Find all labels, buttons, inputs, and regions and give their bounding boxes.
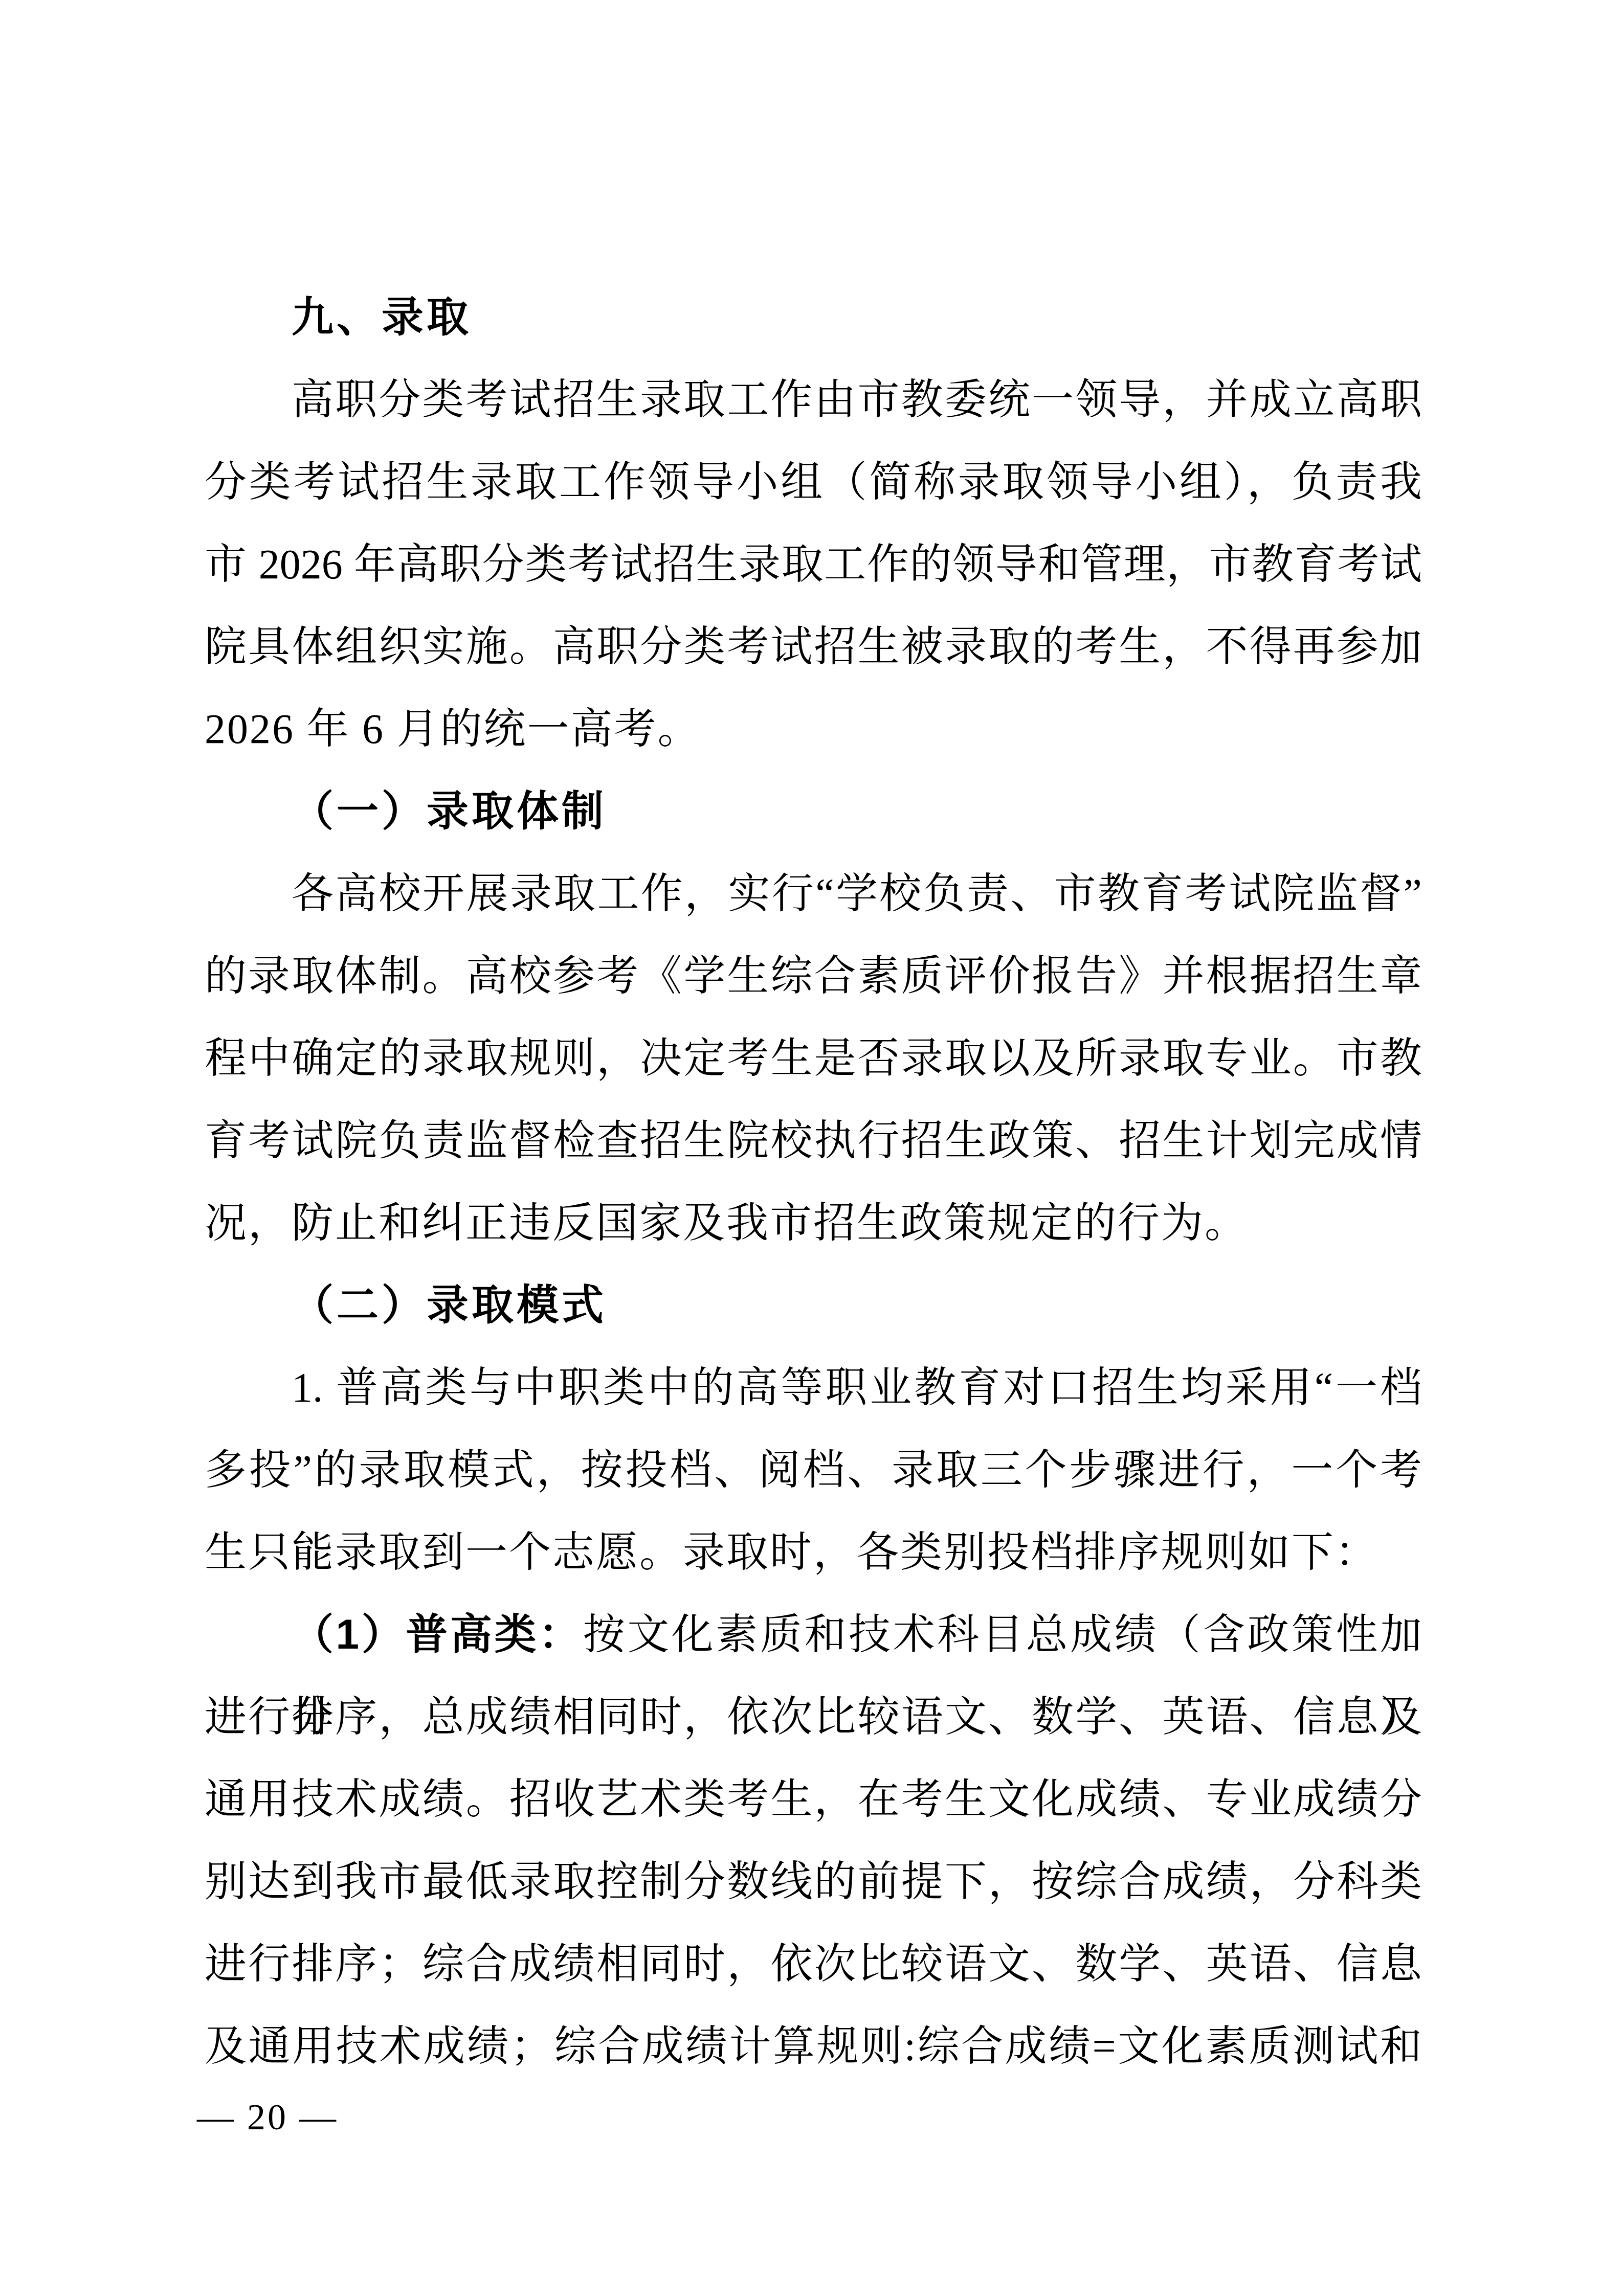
paragraph-1-line-3: 市 2026 年高职分类考试招生录取工作的领导和管理，市教育考试	[205, 523, 1422, 605]
paragraph-4-line-4: 别达到我市最低录取控制分数线的前提下，按综合成绩，分科类	[205, 1840, 1422, 1923]
document-page: 九、录取 高职分类考试招生录取工作由市教委统一领导，并成立高职 分类考试招生录取…	[0, 0, 1624, 2296]
section-heading: 九、录取	[205, 276, 1422, 358]
subsection-heading-1: （一）录取体制	[205, 770, 1422, 852]
paragraph-4-line-1: （1）普高类：按文化素质和技术科目总成绩（含政策性加分）	[205, 1593, 1422, 1676]
paragraph-2-line-4: 育考试院负责监督检查招生院校执行招生政策、招生计划完成情	[205, 1099, 1422, 1182]
subsection-heading-2: （二）录取模式	[205, 1264, 1422, 1346]
item-label: （1）普高类：	[292, 1611, 583, 1658]
paragraph-4-line-3: 通用技术成绩。招收艺术类考生，在考生文化成绩、专业成绩分	[205, 1758, 1422, 1840]
paragraph-2-line-2: 的录取体制。高校参考《学生综合素质评价报告》并根据招生章	[205, 935, 1422, 1017]
paragraph-3-line-1: 1. 普高类与中职类中的高等职业教育对口招生均采用“一档	[205, 1346, 1422, 1429]
page-number: — 20 —	[197, 2086, 338, 2148]
paragraph-4-line-2: 进行排序，总成绩相同时，依次比较语文、数学、英语、信息及	[205, 1676, 1422, 1758]
paragraph-4-line-5: 进行排序；综合成绩相同时，依次比较语文、数学、英语、信息	[205, 1923, 1422, 2005]
paragraph-2-line-5: 况，防止和纠正违反国家及我市招生政策规定的行为。	[205, 1182, 1422, 1264]
document-body: 九、录取 高职分类考试招生录取工作由市教委统一领导，并成立高职 分类考试招生录取…	[205, 276, 1422, 2087]
paragraph-3-line-3: 生只能录取到一个志愿。录取时，各类别投档排序规则如下：	[205, 1511, 1422, 1593]
paragraph-2-line-1: 各高校开展录取工作，实行“学校负责、市教育考试院监督”	[205, 852, 1422, 935]
paragraph-1-line-1: 高职分类考试招生录取工作由市教委统一领导，并成立高职	[205, 358, 1422, 441]
paragraph-1-line-4: 院具体组织实施。高职分类考试招生被录取的考生，不得再参加	[205, 605, 1422, 688]
paragraph-4-line-6: 及通用技术成绩；综合成绩计算规则:综合成绩=文化素质测试和	[205, 2005, 1422, 2087]
paragraph-2-line-3: 程中确定的录取规则，决定考生是否录取以及所录取专业。市教	[205, 1017, 1422, 1099]
paragraph-1-line-5: 2026 年 6 月的统一高考。	[205, 688, 1422, 770]
paragraph-1-line-2: 分类考试招生录取工作领导小组（简称录取领导小组），负责我	[205, 441, 1422, 523]
paragraph-3-line-2: 多投”的录取模式，按投档、阅档、录取三个步骤进行，一个考	[205, 1429, 1422, 1511]
